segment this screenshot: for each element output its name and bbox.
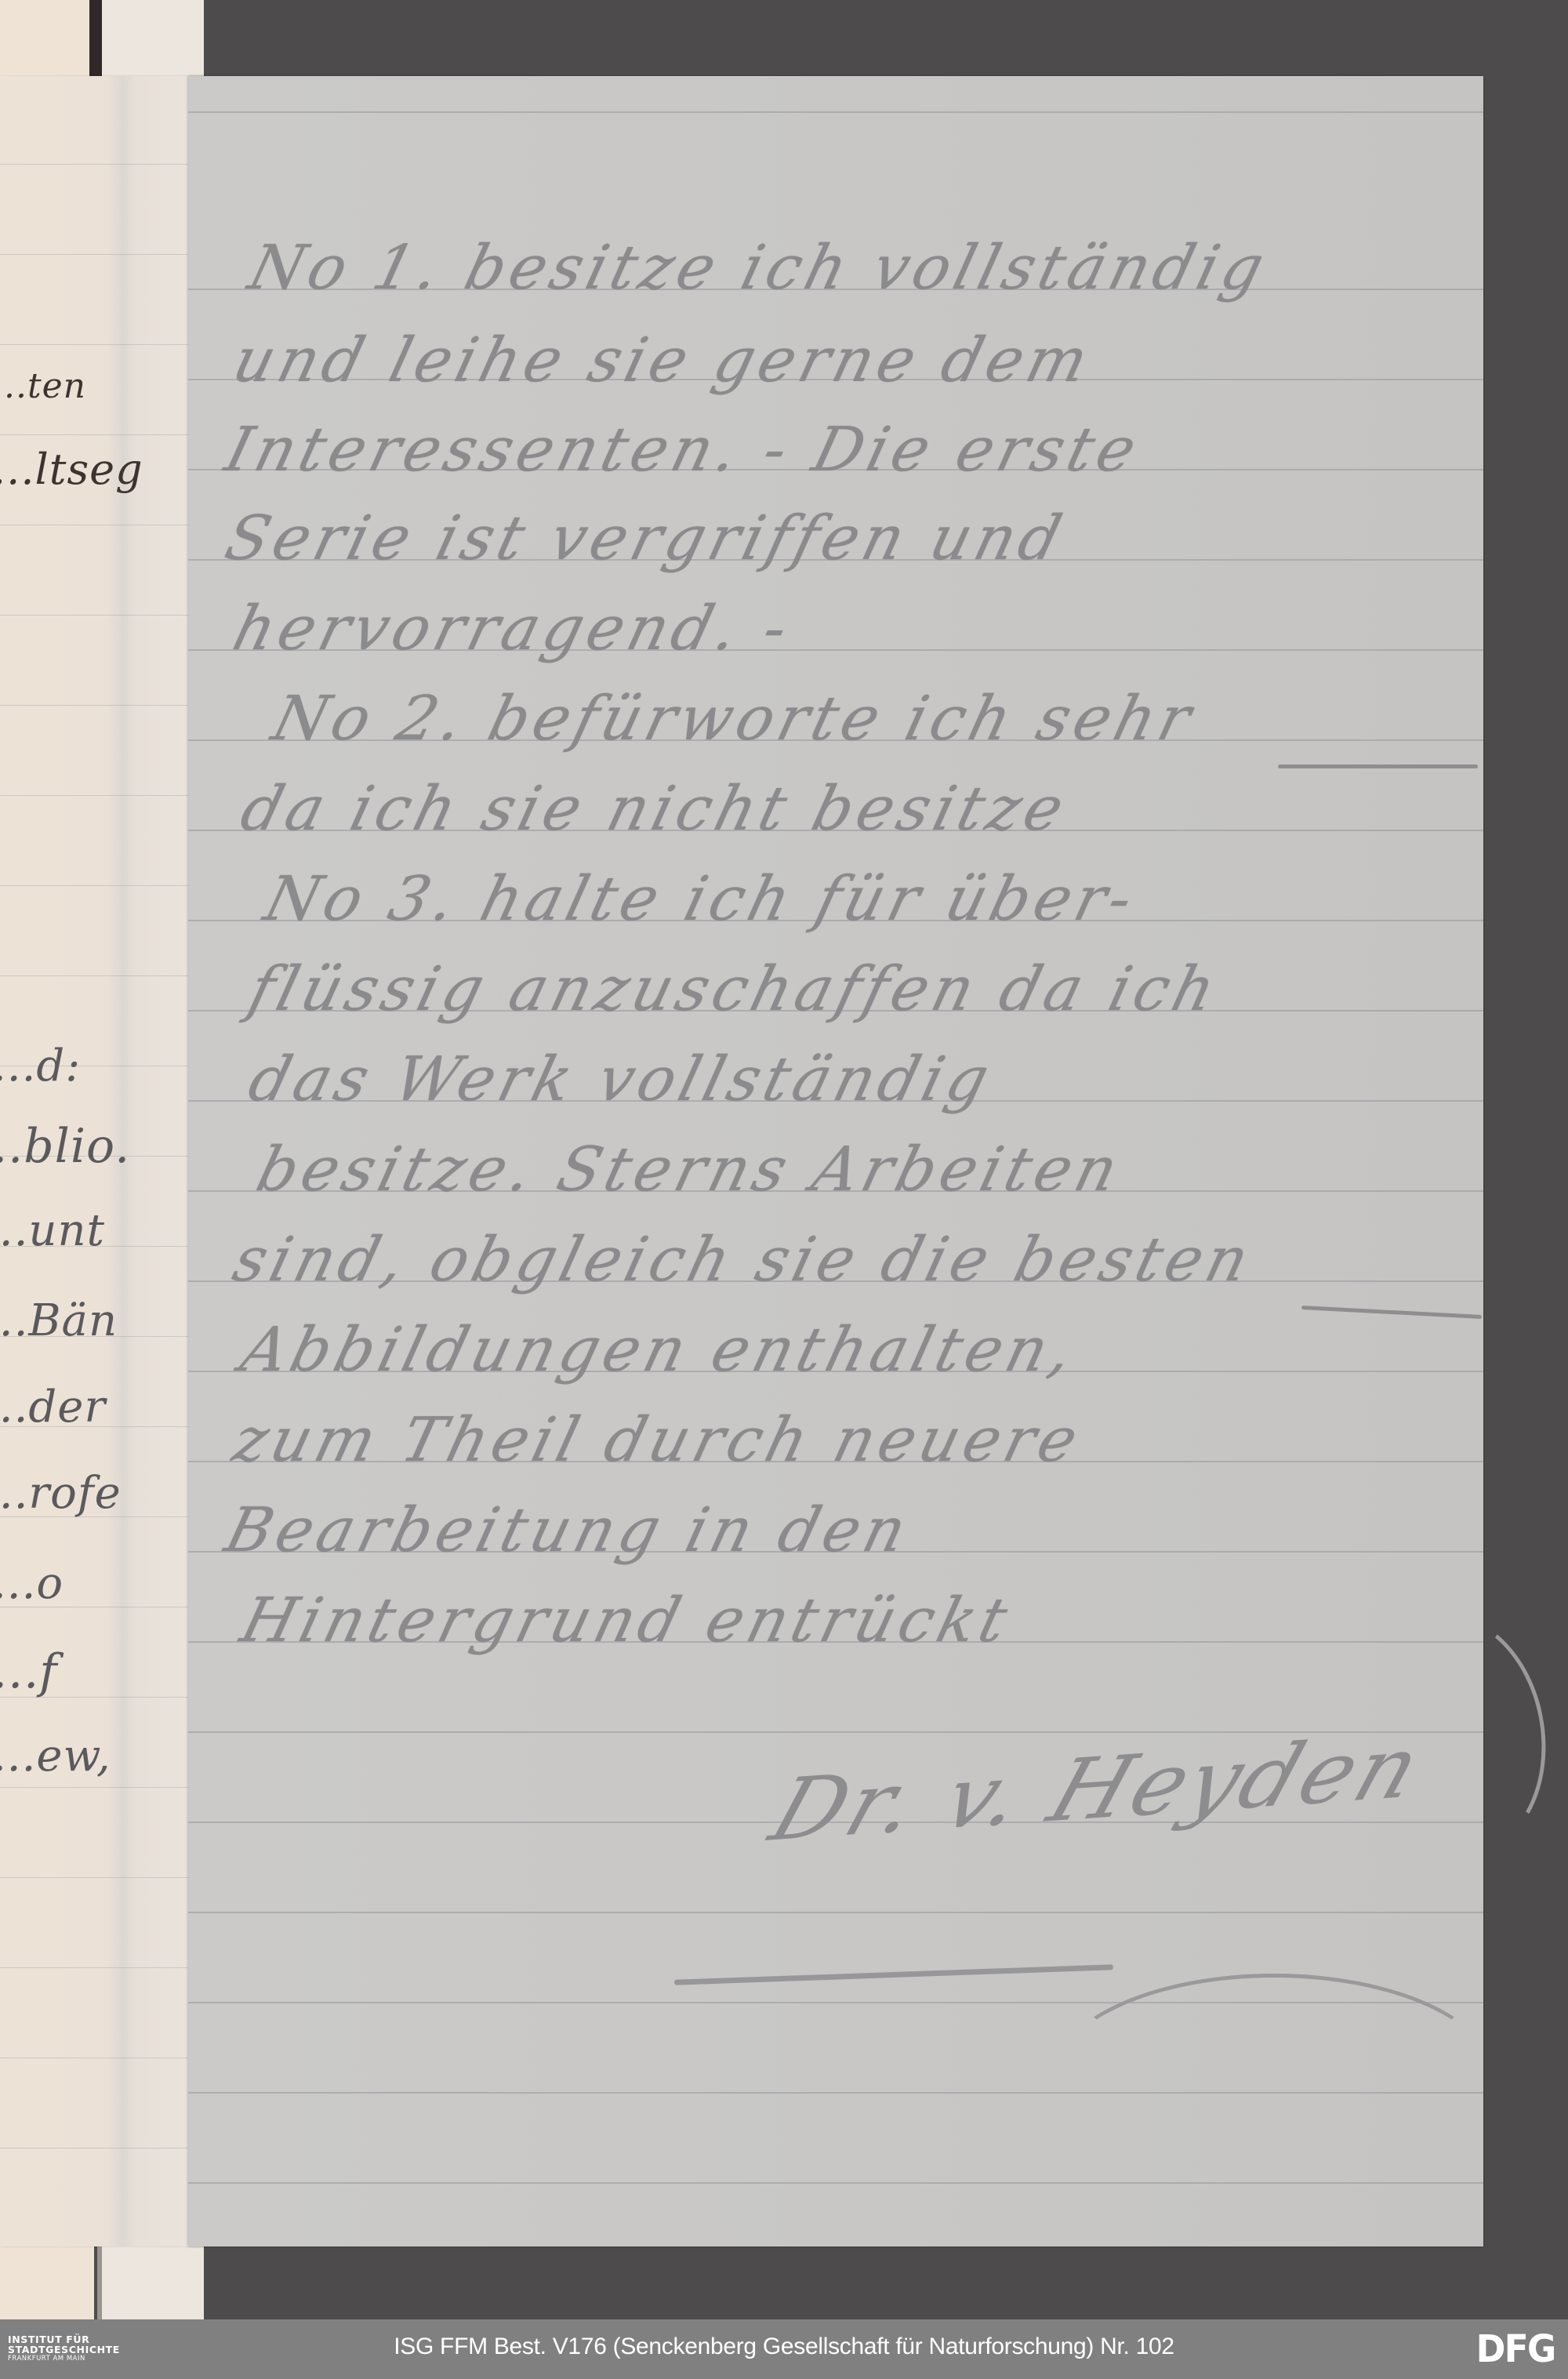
ruled-line — [0, 2058, 205, 2058]
handwriting-line: hervorragend. - — [227, 594, 799, 664]
ruled-line — [0, 525, 205, 525]
page-edge-shadow — [89, 0, 102, 78]
ruled-line — [0, 795, 205, 796]
handwriting-line: sind, obgleich sie die besten — [227, 1225, 1260, 1295]
signature: Dr. v. Heyden — [759, 1716, 1435, 1860]
fragment-word: ...d: — [0, 1041, 81, 1091]
handwriting-line: flüssig anzuschaffen da ich — [242, 954, 1227, 1025]
fragment-word: ...ew, — [0, 1731, 111, 1782]
ruled-line — [188, 111, 1483, 113]
fragment-word: ...ltseg — [0, 445, 143, 494]
fragment-word: ...der — [0, 1382, 106, 1433]
ruled-line — [0, 164, 205, 165]
underline-mark — [1278, 765, 1478, 768]
ruled-line — [0, 254, 205, 255]
left-page-fragment: ...ten ...ltseg ...d: ...blio. ...unt ..… — [0, 76, 205, 2246]
handwriting-line: Interessenten. - Die erste — [219, 415, 1148, 485]
handwriting-line: zum Theil durch neuere — [227, 1405, 1089, 1476]
ruled-line — [0, 2148, 205, 2148]
underline-mark — [1301, 1306, 1482, 1319]
handwriting-line: da ich sie nicht besitze — [234, 774, 1075, 844]
fragment-word: ...ten — [0, 366, 86, 406]
archive-footer: INSTITUT FÜR STADTGESCHICHTE FRANKFURT A… — [0, 2319, 1568, 2379]
signature-flourish — [1051, 1974, 1497, 2185]
page-edge-shadow-bottom — [97, 2246, 102, 2321]
dfg-logo: DFG — [1476, 2330, 1555, 2368]
handwriting-line: und leihe sie gerne dem — [227, 325, 1099, 396]
fragment-word: ...blio. — [0, 1119, 130, 1174]
signature-underline — [674, 1964, 1113, 1985]
ruled-line — [188, 1912, 1483, 1913]
ruled-line — [0, 885, 205, 886]
handwriting-line: Serie ist vergriffen und — [219, 503, 1073, 574]
ruled-line — [0, 434, 205, 435]
ruled-line — [0, 1877, 205, 1878]
fragment-word: ...o — [0, 1558, 64, 1609]
handwriting-line: Abbildungen enthalten, — [234, 1315, 1084, 1386]
handwriting-line: No 1. besitze ich vollständig — [242, 233, 1276, 303]
handwriting-line: Bearbeitung in den — [219, 1495, 918, 1566]
ruled-line — [0, 1787, 205, 1788]
ruled-line — [0, 615, 205, 616]
handwriting-line: No 2. befürworte ich sehr — [266, 684, 1203, 754]
handwriting-line: das Werk vollständig — [242, 1044, 1000, 1115]
handwriting-line: besitze. Sterns Arbeiten — [250, 1135, 1129, 1205]
ruled-line — [0, 705, 205, 706]
archive-signature-caption: ISG FFM Best. V176 (Senckenberg Gesellsc… — [0, 2334, 1568, 2360]
fragment-word: ...rofe — [0, 1468, 122, 1519]
ruled-line — [0, 975, 205, 976]
handwriting-line: Hintergrund entrückt — [234, 1585, 1018, 1656]
ruled-line — [0, 1967, 205, 1968]
fragment-word: ...Bän — [0, 1295, 118, 1346]
fragment-word: ...f — [0, 1644, 57, 1699]
fragment-word: ...unt — [0, 1205, 105, 1256]
letter-sheet: No 1. besitze ich vollständig und leihe … — [188, 76, 1483, 2246]
handwriting-line: No 3. halte ich für über- — [258, 864, 1144, 935]
ruled-line — [0, 344, 205, 345]
